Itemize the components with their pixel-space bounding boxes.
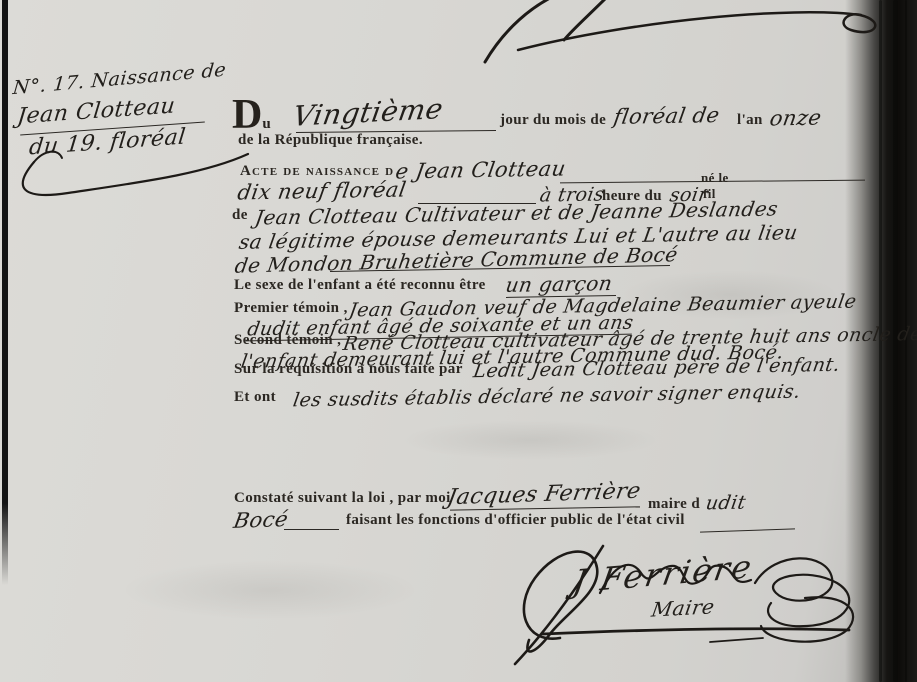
margin-note-child-name: Jean Clotteau [16,94,177,130]
form-ne-le: né le [701,170,729,186]
form-fonction: faisant les fonctions d'officier public … [346,512,685,529]
form-constat-label: Constaté suivant la loi , par moi [234,490,451,507]
paper-smudge [120,560,420,620]
signature-flourish [505,538,885,668]
entry-day-name: Vingtième [291,92,446,133]
form-requisition-label: Sur la réquisition à nous faite par [234,361,463,378]
form-word-du: Du [232,94,271,136]
document-scan: N°. 17. Naissance de Jean Clotteau du 19… [0,0,917,682]
form-jour-du-mois: jour du mois de [500,112,606,129]
entry-commune: Bocé [232,507,291,533]
entry-signatures-note: les susdits établis déclaré ne savoir si… [292,381,803,412]
paper-smudge [400,420,660,460]
form-word-du-small: u [262,116,270,132]
entry-year: onze [768,106,823,131]
entry-sexe: un garçon [504,271,614,297]
form-sexe-label: Le sexe de l'enfant a été reconnu être [234,277,486,294]
form-temoin2-label: Second témoin , [234,332,341,349]
margin-swash [2,146,252,206]
form-temoin1-label: Premier témoin , [234,300,348,317]
entry-child-name: e Jean Clotteau [394,157,568,184]
form-republique: de la République française. [238,132,423,149]
flourish-line [700,528,795,532]
fill-line [284,529,339,530]
page-edge-line [2,0,8,585]
entry-birth-date: dix neuf floréal [236,178,408,205]
form-lan: l'an [737,112,763,129]
entry-officer-name: Jacques Ferrière [445,479,643,511]
entry-month: floréal de [612,103,722,129]
form-maire-d: maire d [648,496,700,513]
form-de: de [232,207,248,224]
top-flourish [460,0,900,60]
entry-udit: udit [704,492,747,515]
margin-note-line1: N°. 17. Naissance de [12,59,227,99]
form-et-ont: Et ont [234,389,276,406]
